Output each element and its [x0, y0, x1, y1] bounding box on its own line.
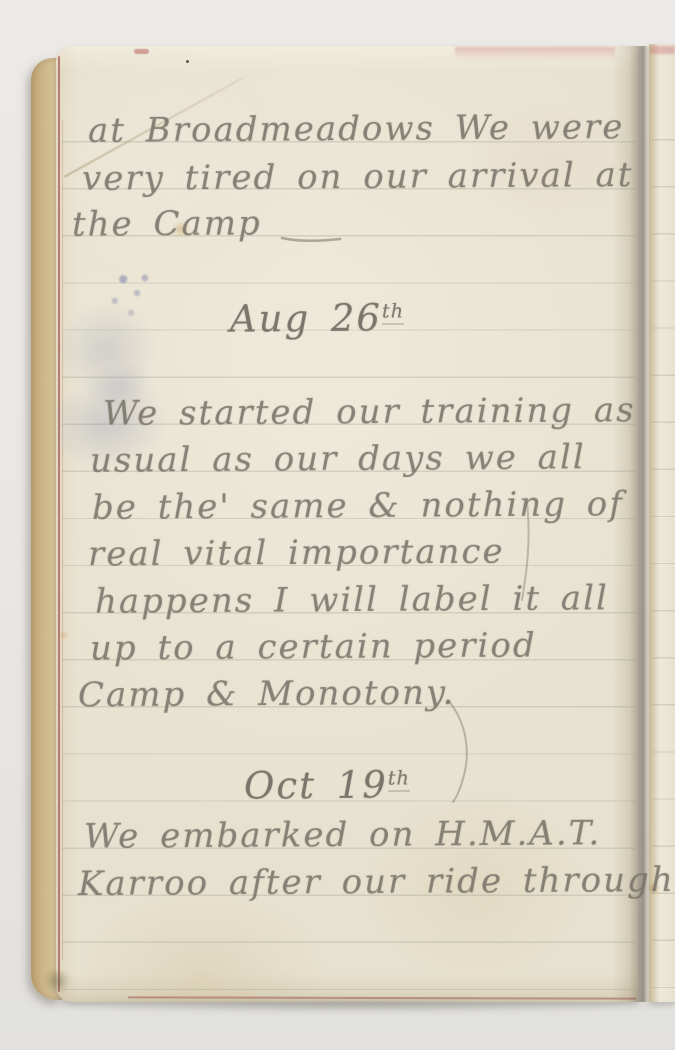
diary-line: happens I will label it all [95, 581, 609, 619]
stain [58, 630, 69, 640]
diary-line: the Camp [72, 206, 262, 241]
speck [186, 60, 189, 63]
pink-top-edge-stain-right [650, 46, 675, 54]
diary-line: We started our training as [103, 393, 636, 431]
red-edge-line-left [58, 56, 60, 992]
diary-line: real vital importance [88, 535, 505, 572]
diary-line: We embarked on H.M.A.T. [84, 816, 601, 854]
diary-line: very tired on our arrival at [82, 158, 634, 196]
diary-line: Karroo after our ride through [78, 863, 675, 901]
entry-heading-oct: Oct 19th [202, 766, 452, 805]
heading-date: Oct 19 [244, 764, 388, 808]
stain [42, 970, 72, 992]
pink-top-edge-stain [455, 47, 615, 61]
red-top-edge-dab [134, 49, 149, 54]
notebook-photo: at Broadmeadows We were very tired on ou… [0, 0, 675, 1050]
book-shadow [40, 1000, 672, 1013]
heading-date: Aug 26 [230, 297, 382, 341]
diary-line: up to a certain period [90, 628, 537, 665]
heading-ordinal: th [388, 766, 410, 791]
heading-ordinal: th [382, 299, 404, 324]
diary-line: Camp & Monotony. [78, 676, 456, 713]
diary-line: be the' same & nothing of [92, 487, 624, 525]
diary-line: at Broadmeadows We were [88, 110, 625, 148]
diary-line: usual as our days we all [90, 440, 586, 477]
entry-heading-aug: Aug 26th [192, 299, 442, 338]
